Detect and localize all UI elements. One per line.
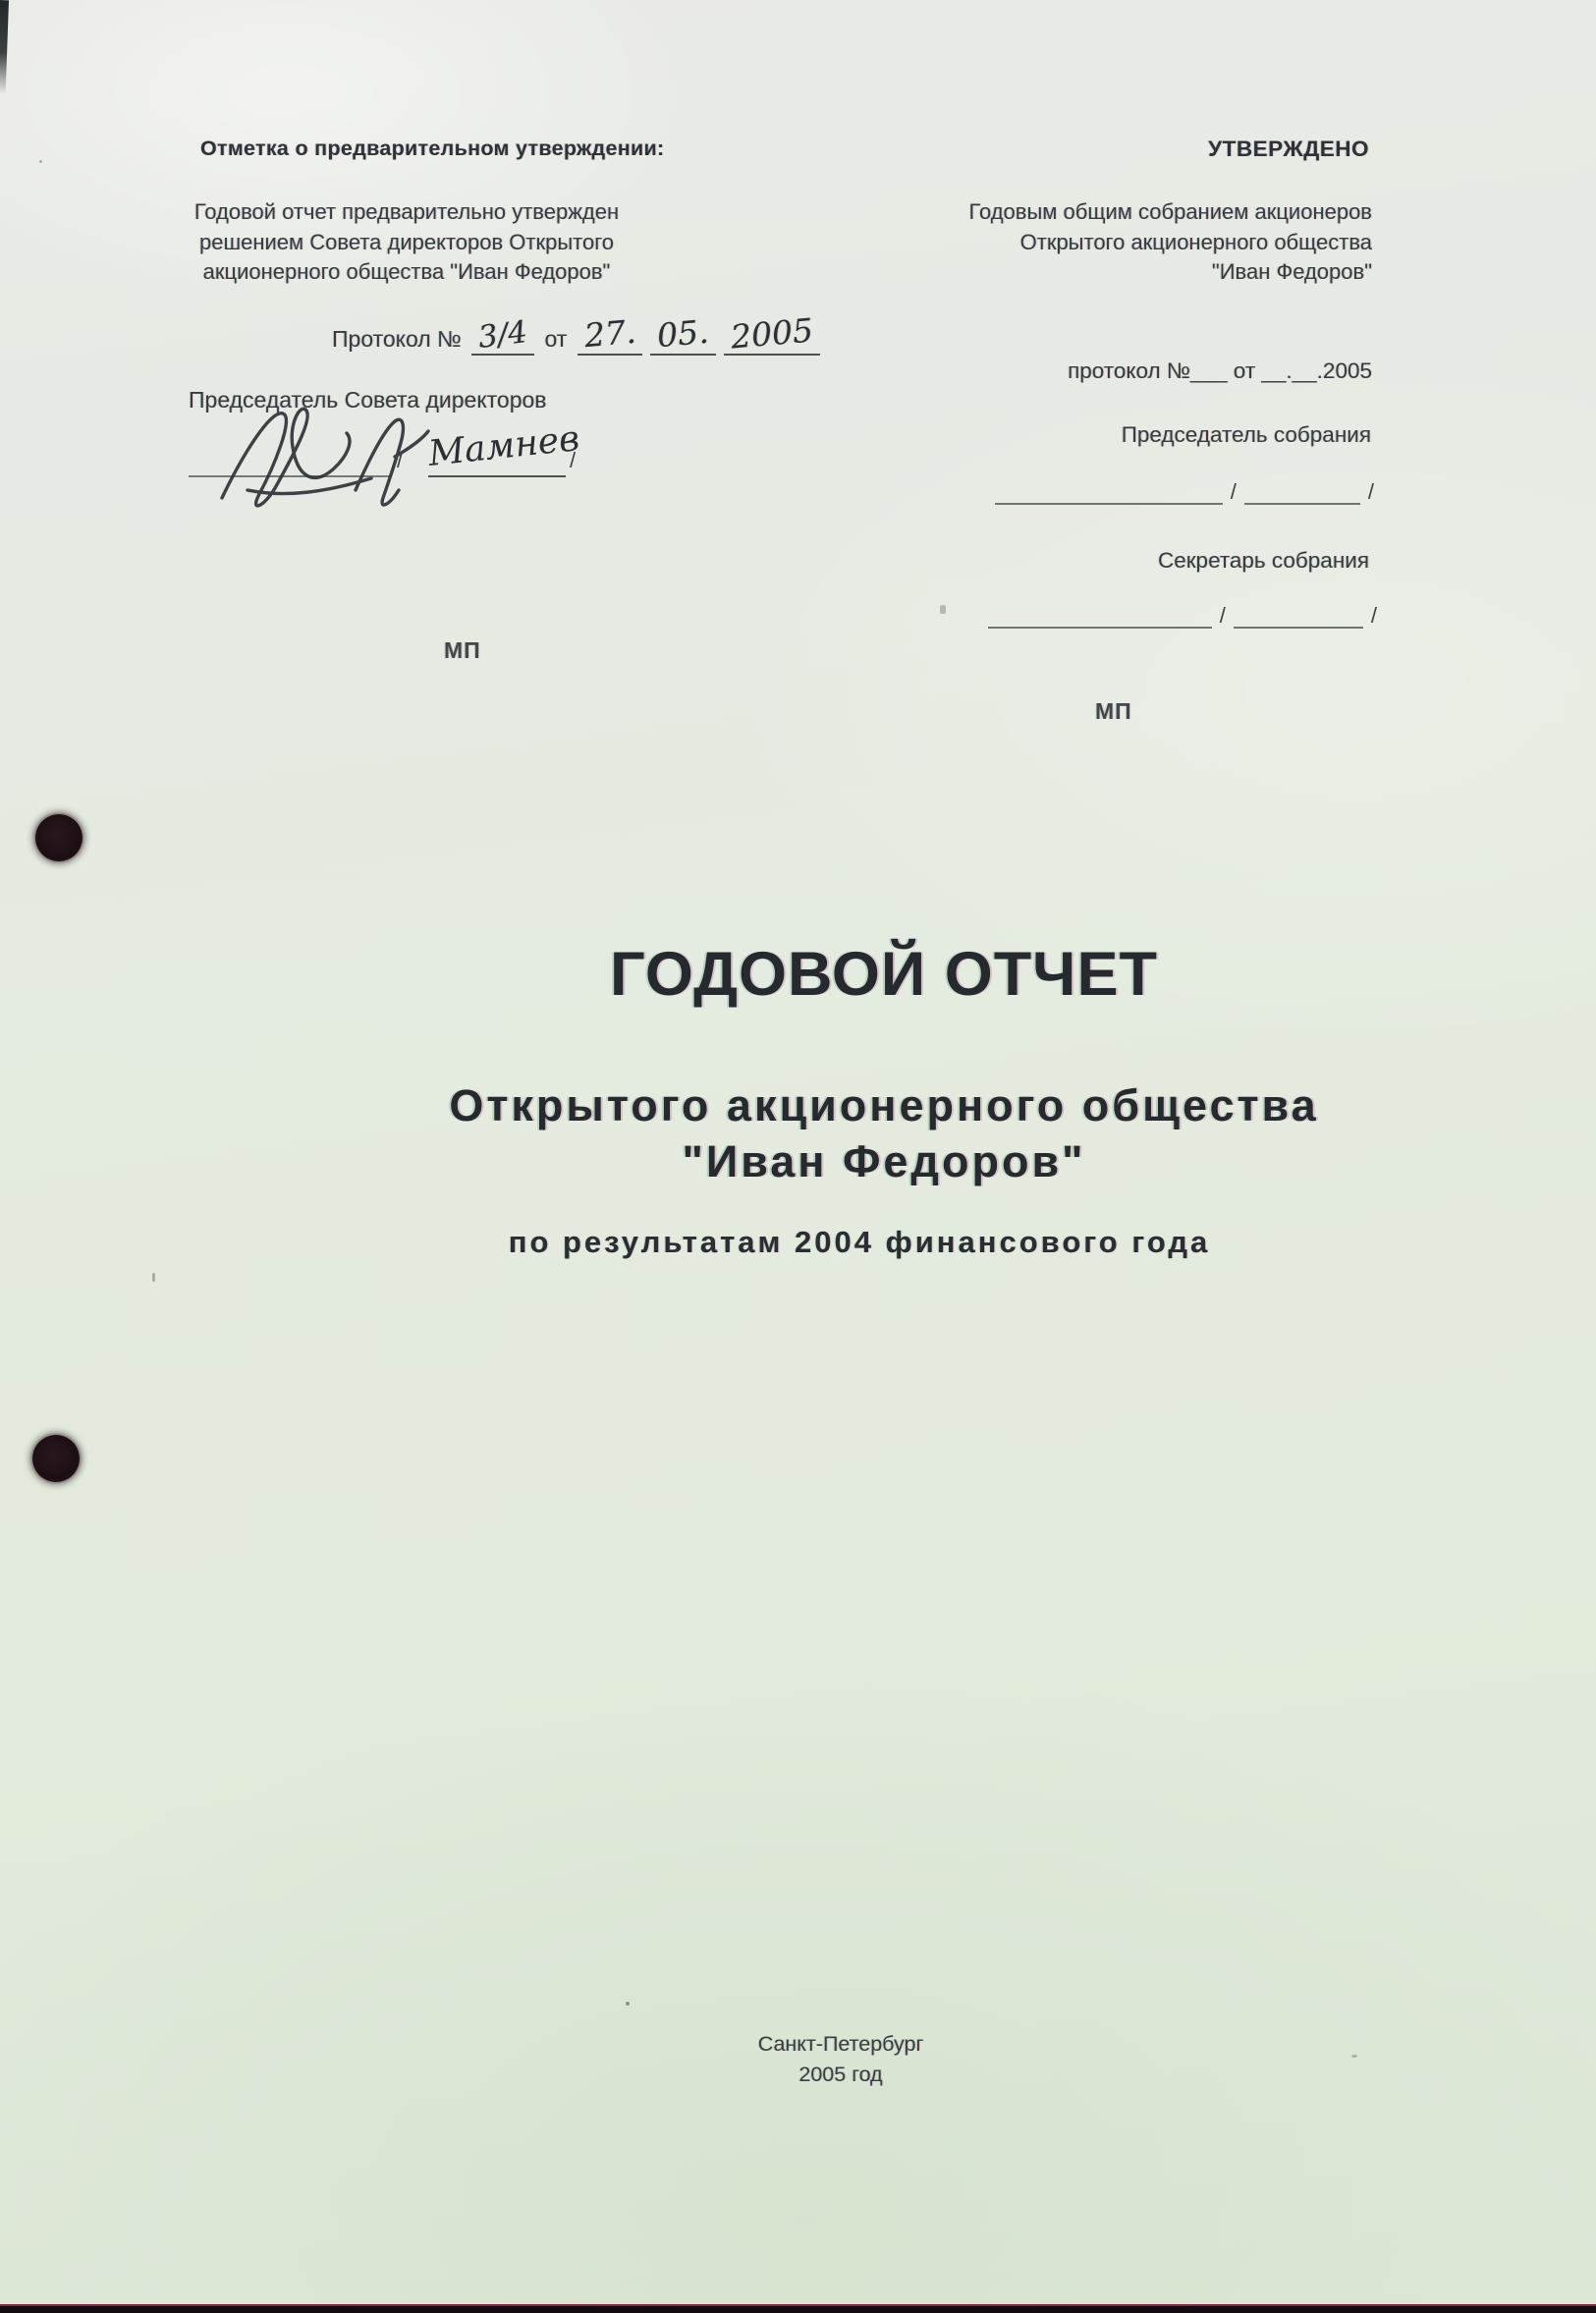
approval-text-line: Годовой отчет предварительно утвержден bbox=[165, 197, 648, 228]
paper-speck bbox=[940, 605, 946, 614]
meeting-secretary-label: Секретарь собрания bbox=[1158, 548, 1369, 574]
signature-separator: / bbox=[1368, 479, 1374, 505]
paper-speck bbox=[39, 160, 42, 163]
signature-separator: / bbox=[1220, 603, 1226, 629]
approved-text-line: Открытого акционерного общества bbox=[822, 228, 1372, 258]
paper-speck bbox=[1351, 2055, 1357, 2058]
signature-separator: / bbox=[1231, 479, 1237, 505]
preliminary-approval-text: Годовой отчет предварительно утвержден р… bbox=[165, 197, 648, 288]
signature-blank-line bbox=[988, 605, 1212, 629]
report-subtitle-company: Открытого акционерного общества bbox=[182, 1080, 1586, 1131]
report-subtitle-name: "Иван Федоров" bbox=[182, 1136, 1586, 1187]
date-year-handwritten: 2005 bbox=[729, 310, 814, 356]
protocol-blank-line: протокол №___ от __.__.2005 bbox=[1068, 358, 1372, 384]
hole-punch-bottom bbox=[32, 1435, 80, 1482]
scan-artifact-streak bbox=[0, 0, 9, 94]
protocol-date-year-blank: 2005 bbox=[724, 314, 820, 356]
approved-text-line: "Иван Федоров" bbox=[822, 257, 1372, 288]
protocol-date-day-blank: 27. bbox=[578, 314, 642, 356]
approved-text-line: Годовым общим собранием акционеров bbox=[822, 197, 1372, 228]
name-blank-line bbox=[1234, 605, 1363, 629]
signature-separator: / bbox=[397, 448, 403, 473]
protocol-number-blank: 3/4 bbox=[471, 317, 534, 356]
meeting-secretary-signature-row: / / bbox=[988, 603, 1377, 629]
handwritten-signature bbox=[216, 396, 456, 527]
signature-separator: / bbox=[1371, 603, 1377, 629]
meeting-chairman-signature-row: / / bbox=[995, 479, 1374, 505]
approved-by-text: Годовым общим собранием акционеров Откры… bbox=[822, 197, 1372, 288]
meeting-chairman-label: Председатель собрания bbox=[1122, 422, 1371, 448]
date-month-handwritten: 05. bbox=[656, 312, 711, 355]
footer-year: 2005 год bbox=[644, 2060, 1037, 2090]
protocol-number-label: Протокол № bbox=[332, 326, 468, 356]
signature-separator: / bbox=[570, 448, 576, 473]
scanned-annual-report-cover: { "colors": { "paper_top": "#e9eae6", "p… bbox=[0, 0, 1596, 2313]
protocol-number-handwritten: 3/4 bbox=[476, 314, 529, 356]
scan-edge-band bbox=[0, 2304, 1596, 2313]
approved-heading: УТВЕРЖДЕНО bbox=[1208, 137, 1369, 162]
hole-punch-top bbox=[35, 814, 83, 861]
signature-blank-line bbox=[995, 481, 1223, 505]
protocol-date-month-blank: 05. bbox=[650, 314, 715, 356]
preliminary-approval-heading: Отметка о предварительном утверждении: bbox=[200, 137, 665, 161]
paper-speck bbox=[626, 2002, 630, 2006]
stamp-place-label-left: МП bbox=[444, 637, 481, 664]
paper-speck bbox=[152, 1273, 155, 1282]
protocol-date-label: от bbox=[538, 326, 574, 356]
approval-text-line: решением Совета директоров Открытого bbox=[165, 228, 648, 258]
protocol-number-row: Протокол № 3/4 от 27. 05. 2005 bbox=[332, 310, 824, 356]
approval-text-line: акционерного общества "Иван Федоров" bbox=[165, 257, 648, 288]
stamp-place-label-right: МП bbox=[1095, 698, 1132, 725]
name-blank-line bbox=[1244, 481, 1360, 505]
footer-city: Санкт-Петербург bbox=[644, 2029, 1037, 2060]
chairman-name-blank: Мамнев bbox=[428, 426, 566, 477]
footer-imprint: Санкт-Петербург 2005 год bbox=[644, 2029, 1037, 2090]
chairman-name-handwritten: Мамнев bbox=[426, 418, 581, 474]
date-day-handwritten: 27. bbox=[582, 312, 637, 355]
report-title: ГОДОВОЙ ОТЧЕТ bbox=[182, 939, 1586, 1010]
report-subtitle-period: по результатам 2004 финансового года bbox=[157, 1225, 1562, 1260]
